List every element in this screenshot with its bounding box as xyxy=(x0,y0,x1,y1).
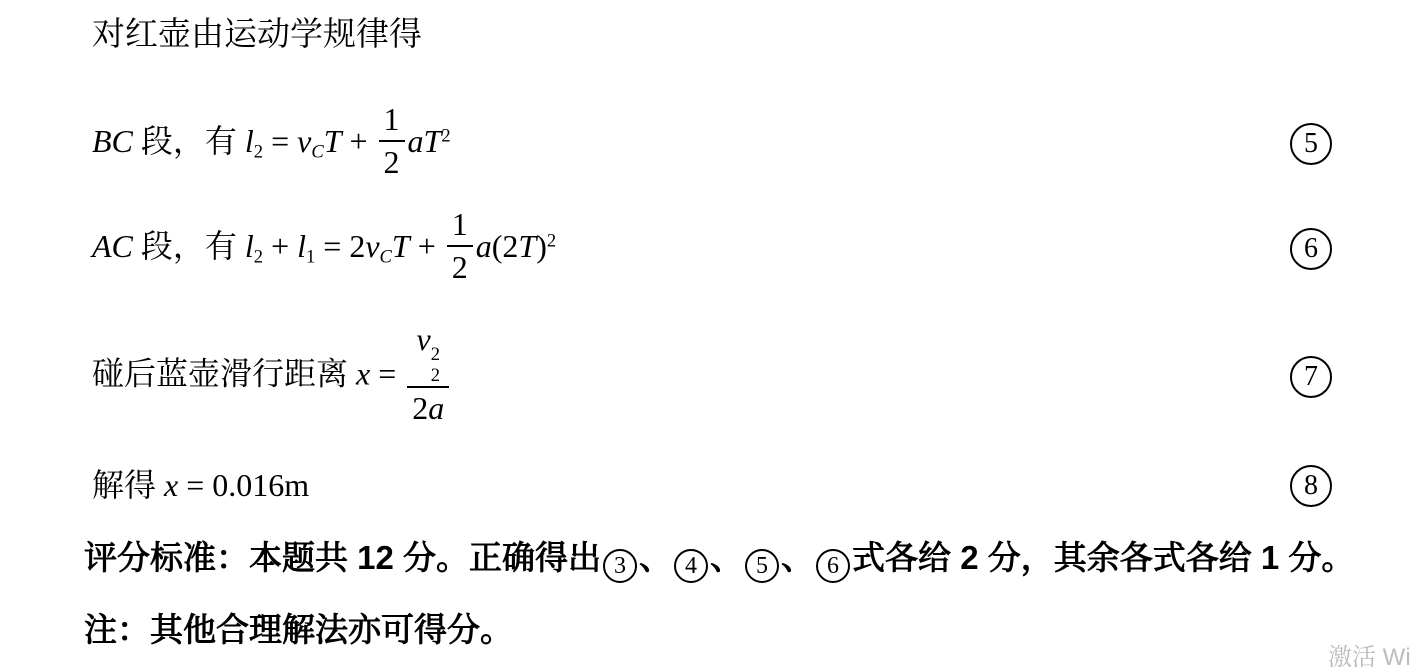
note-text: 注：其他合理解法亦可得分。 xyxy=(84,609,1411,650)
equation-8: 解得 x = 0.016m xyxy=(92,466,309,504)
intro-text: 对红壶由运动学规律得 xyxy=(92,16,1411,56)
equation-7: 碰后蓝壶滑行距离 x = v222a xyxy=(92,322,452,433)
equation-5-label: 5 xyxy=(1290,123,1332,165)
scoring-criteria-text: 评分标准：本题共 12 分。正确得出3、4、5、6式各给 2 分，其余各式各给 … xyxy=(84,537,1411,584)
activate-windows-watermark: 激活 Windows xyxy=(1328,637,1411,669)
equation-row-6: AC 段，有 l2 + l1 = 2vCT + 12a(2T)2 6 xyxy=(92,207,1332,292)
equation-row-8: 解得 x = 0.016m 8 xyxy=(92,465,1332,507)
equation-8-label: 8 xyxy=(1290,465,1332,507)
equation-row-5: BC 段，有 l2 = vCT + 12aT2 5 xyxy=(92,102,1332,187)
solution-document: 对红壶由运动学规律得 BC 段，有 l2 = vCT + 12aT2 5 AC … xyxy=(0,0,1411,651)
equation-6: AC 段，有 l2 + l1 = 2vCT + 12a(2T)2 xyxy=(92,207,556,292)
equation-6-label: 6 xyxy=(1290,228,1332,270)
equation-5: BC 段，有 l2 = vCT + 12aT2 xyxy=(92,102,451,187)
equation-row-7: 碰后蓝壶滑行距离 x = v222a 7 xyxy=(92,322,1332,433)
equation-7-label: 7 xyxy=(1290,356,1332,398)
